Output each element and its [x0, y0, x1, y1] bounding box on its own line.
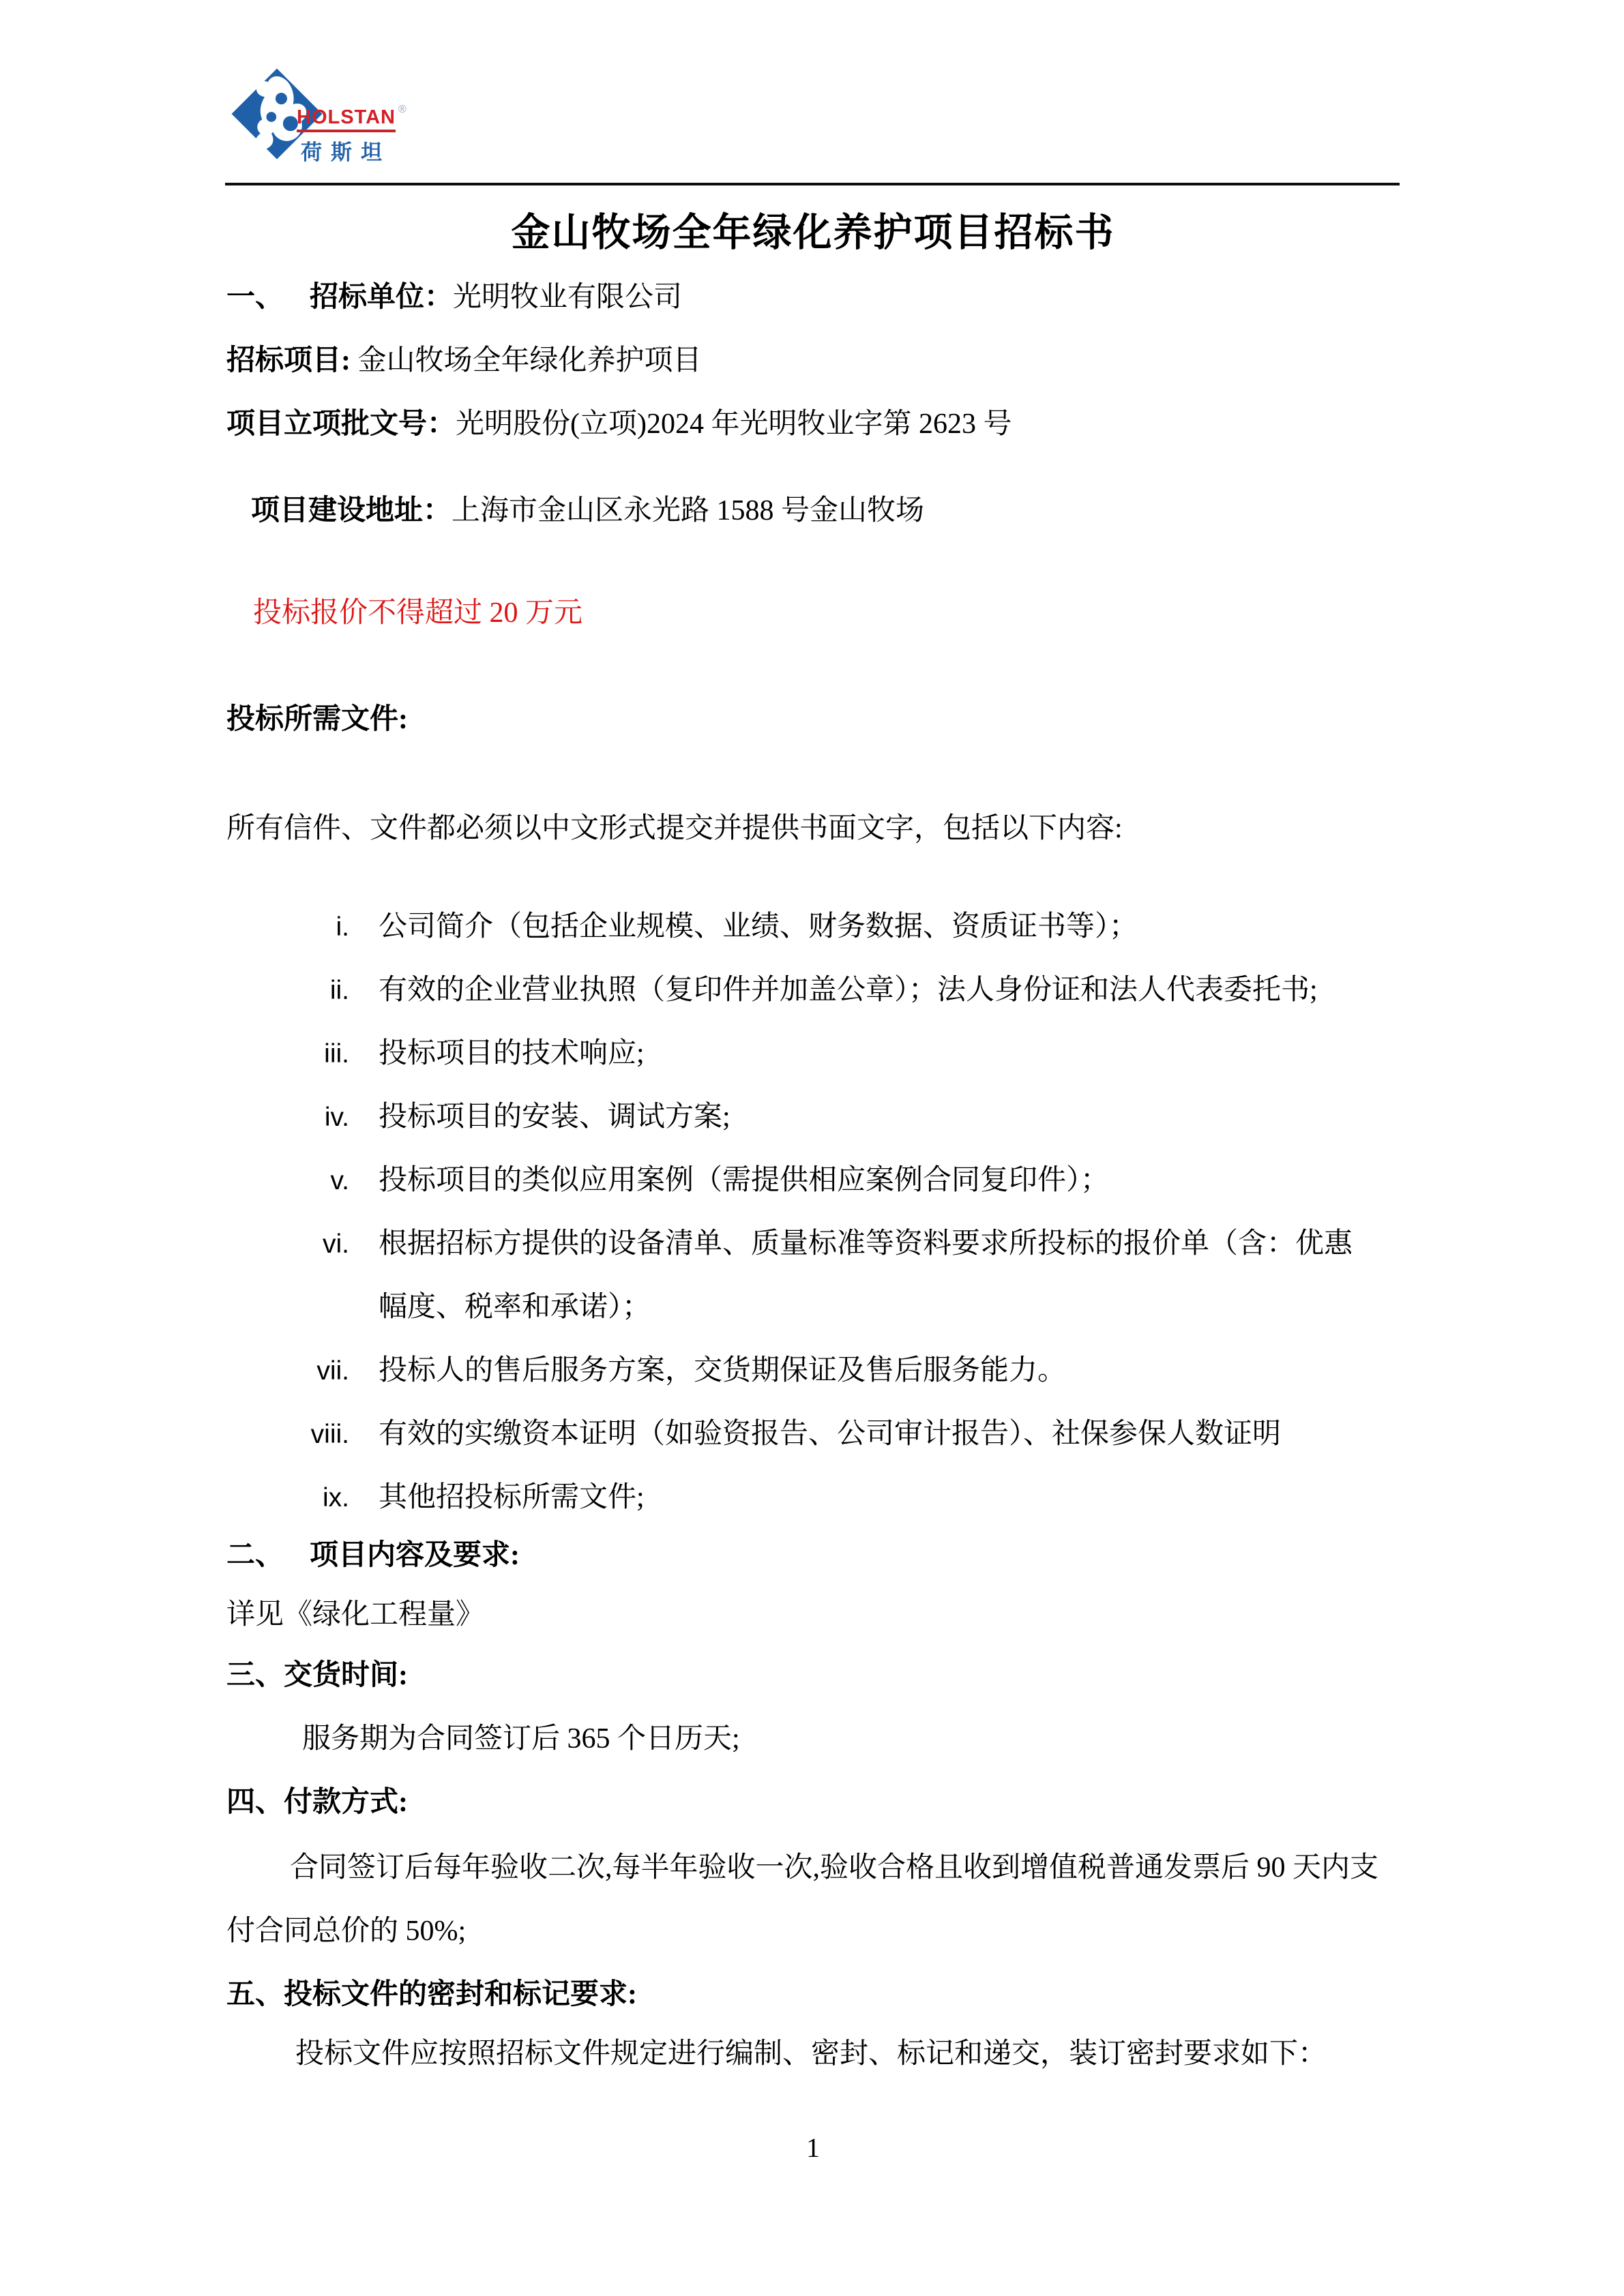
list-item: viii.有效的实缴资本证明（如验资报告、公司审计报告）、社保参保人数证明 — [226, 1403, 1400, 1466]
section-number: 三、 — [226, 1660, 284, 1691]
field-value: 光明股份(立项)2024 年光明牧业字第 2623 号 — [456, 408, 1012, 440]
logo-brand-text: HOLSTAN — [297, 106, 396, 132]
list-item-text: 公司简介（包括企业规模、业绩、财务数据、资质证书等）； — [349, 895, 1400, 959]
paragraph-line: 付合同总价的 50%; — [226, 1900, 1400, 1963]
section-number: 四、 — [226, 1787, 284, 1818]
section-title: 项目内容及要求: — [310, 1540, 520, 1571]
field-label: 项目立项批文号： — [226, 408, 456, 440]
list-item-numeral: ix. — [226, 1466, 349, 1530]
registered-trademark-icon: ® — [398, 104, 407, 115]
price-limit-notice: 投标报价不得超过 20 万元 — [226, 582, 1400, 645]
paragraph-line: 投标项目的类似应用案例（需提供相应案例合同复印件）； — [379, 1149, 1400, 1212]
section-4-heading: 四、付款方式: — [226, 1771, 1400, 1834]
list-item-numeral: v. — [226, 1149, 349, 1212]
list-item-numeral: viii. — [226, 1403, 349, 1466]
field-label: 项目建设地址： — [251, 495, 452, 526]
list-item-text: 其他招投标所需文件; — [349, 1466, 1400, 1530]
document-body: 金山牧场全年绿化养护项目招标书 一、招标单位：光明牧业有限公司 招标项目: 金山… — [226, 202, 1400, 2179]
list-item-numeral: vi. — [226, 1212, 349, 1339]
paragraph-line: 幅度、税率和承诺）； — [379, 1276, 1400, 1339]
list-item: v.投标项目的类似应用案例（需提供相应案例合同复印件）； — [226, 1149, 1400, 1212]
field-value: 光明牧业有限公司 — [453, 282, 682, 313]
paragraph-line: 投标项目的安装、调试方案; — [379, 1086, 1400, 1149]
list-item: vi.根据招标方提供的设备清单、质量标准等资料要求所投标的报价单（含：优惠幅度、… — [226, 1212, 1400, 1339]
document-title: 金山牧场全年绿化养护项目招标书 — [226, 202, 1400, 263]
field-project-address: 项目建设地址：上海市金山区永光路 1588 号金山牧场 — [226, 479, 1400, 543]
paragraph-line: 合同签订后每年验收二次,每半年验收一次,验收合格且收到增值税普通发票后 90 天… — [226, 1836, 1400, 1900]
list-item-text: 有效的实缴资本证明（如验资报告、公司审计报告）、社保参保人数证明 — [349, 1403, 1400, 1466]
section-5-body: 投标文件应按照招标文件规定进行编制、密封、标记和递交，装订密封要求如下： — [226, 2023, 1400, 2086]
section-2-heading: 二、项目内容及要求: — [226, 1524, 1400, 1587]
list-item: ix.其他招投标所需文件; — [226, 1466, 1400, 1530]
section-title: 投标文件的密封和标记要求: — [284, 1979, 637, 2010]
paragraph-line: 公司简介（包括企业规模、业绩、财务数据、资质证书等）； — [379, 895, 1400, 959]
section-3-body: 服务期为合同签订后 365 个日历天; — [226, 1708, 1400, 1771]
field-number: 一、 — [226, 266, 310, 329]
section-4-body: 合同签订后每年验收二次,每半年验收一次,验收合格且收到增值税普通发票后 90 天… — [226, 1836, 1400, 1963]
section-5-heading: 五、投标文件的密封和标记要求: — [226, 1963, 1400, 2027]
paragraph-line: 有效的实缴资本证明（如验资报告、公司审计报告）、社保参保人数证明 — [379, 1403, 1400, 1466]
list-item-text: 根据招标方提供的设备清单、质量标准等资料要求所投标的报价单（含：优惠幅度、税率和… — [349, 1212, 1400, 1339]
doc-list: i.公司简介（包括企业规模、业绩、财务数据、资质证书等）；ii.有效的企业营业执… — [226, 895, 1400, 1530]
section-3-heading: 三、交货时间: — [226, 1644, 1400, 1708]
section-number: 五、 — [226, 1979, 284, 2010]
section-title: 付款方式: — [284, 1787, 408, 1818]
field-approval-number: 项目立项批文号：光明股份(立项)2024 年光明牧业字第 2623 号 — [226, 393, 1400, 456]
section-title: 交货时间: — [284, 1660, 408, 1691]
field-label: 招标项目: — [226, 345, 358, 376]
field-value: 金山牧场全年绿化养护项目 — [358, 345, 702, 376]
list-item-numeral: iv. — [226, 1086, 349, 1149]
required-documents-heading: 投标所需文件: — [226, 688, 1400, 751]
list-item-text: 投标项目的类似应用案例（需提供相应案例合同复印件）； — [349, 1149, 1400, 1212]
section-2-body: 详见《绿化工程量》 — [226, 1583, 1400, 1647]
list-item: vii.投标人的售后服务方案，交货期保证及售后服务能力。 — [226, 1339, 1400, 1403]
documents-intro: 所有信件、文件都必须以中文形式提交并提供书面文字，包括以下内容: — [226, 797, 1400, 861]
field-label: 招标单位： — [310, 282, 453, 313]
paragraph-line: 根据招标方提供的设备清单、质量标准等资料要求所投标的报价单（含：优惠 — [379, 1212, 1400, 1276]
list-item-numeral: i. — [226, 895, 349, 959]
field-tender-unit: 一、招标单位：光明牧业有限公司 — [226, 266, 1400, 329]
section-number: 二、 — [226, 1524, 310, 1587]
field-tender-project: 招标项目: 金山牧场全年绿化养护项目 — [226, 329, 1400, 393]
document-page: HOLSTAN® 荷斯坦 金山牧场全年绿化养护项目招标书 一、招标单位：光明牧业… — [0, 0, 1624, 2296]
paragraph-line: 其他招投标所需文件; — [379, 1466, 1400, 1530]
list-item: i.公司简介（包括企业规模、业绩、财务数据、资质证书等）； — [226, 895, 1400, 959]
paragraph-line: 有效的企业营业执照（复印件并加盖公章）；法人身份证和法人代表委托书; — [379, 959, 1400, 1022]
list-item: ii.有效的企业营业执照（复印件并加盖公章）；法人身份证和法人代表委托书; — [226, 959, 1400, 1022]
page-number: 1 — [226, 2117, 1400, 2179]
list-item-numeral: iii. — [226, 1022, 349, 1086]
list-item-text: 投标项目的技术响应; — [349, 1022, 1400, 1086]
list-item-text: 有效的企业营业执照（复印件并加盖公章）；法人身份证和法人代表委托书; — [349, 959, 1400, 1022]
company-logo: HOLSTAN® 荷斯坦 — [234, 68, 452, 181]
list-item: iv.投标项目的安装、调试方案; — [226, 1086, 1400, 1149]
list-item-numeral: ii. — [226, 959, 349, 1022]
list-item-numeral: vii. — [226, 1339, 349, 1403]
field-value: 上海市金山区永光路 1588 号金山牧场 — [452, 495, 924, 526]
header-divider — [225, 183, 1400, 185]
list-item-text: 投标人的售后服务方案，交货期保证及售后服务能力。 — [349, 1339, 1400, 1403]
paragraph-line: 投标人的售后服务方案，交货期保证及售后服务能力。 — [379, 1339, 1400, 1403]
paragraph-line: 投标项目的技术响应; — [379, 1022, 1400, 1086]
list-item-text: 投标项目的安装、调试方案; — [349, 1086, 1400, 1149]
logo-brand-chinese: 荷斯坦 — [301, 135, 391, 166]
list-item: iii.投标项目的技术响应; — [226, 1022, 1400, 1086]
